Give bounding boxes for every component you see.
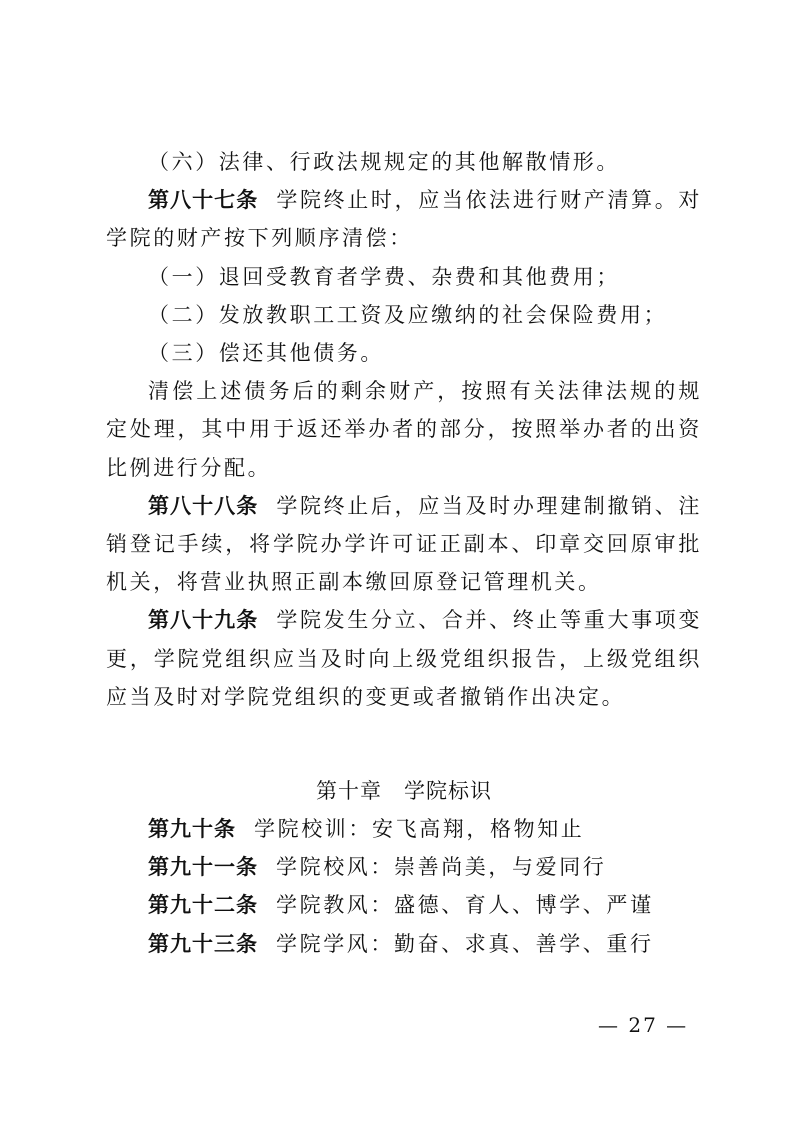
article-text: 学院校风：崇善尚美，与爱同行 — [276, 855, 606, 879]
list-item-6: （六）法律、行政法规规定的其他解散情形。 — [106, 143, 702, 181]
list-item-1: （一）退回受教育者学费、杂费和其他费用； — [106, 258, 702, 296]
article-label: 第九十二条 — [148, 893, 258, 917]
article-87: 第八十七条学院终止时，应当依法进行财产清算。对学院的财产按下列顺序清偿： — [106, 181, 702, 257]
article-label: 第八十八条 — [148, 494, 258, 518]
article-text: 学院学风：勤奋、求真、善学、重行 — [276, 932, 654, 956]
article-label: 第九十条 — [148, 817, 236, 841]
article-text: 学院校训：安飞高翔，格物知止 — [254, 817, 584, 841]
article-label: 第八十七条 — [148, 188, 258, 212]
article-text: 学院教风：盛德、育人、博学、严谨 — [276, 893, 654, 917]
chapter-number: 第十章 — [316, 779, 382, 803]
article-88: 第八十八条学院终止后，应当及时办理建制撤销、注销登记手续，将学院办学许可证正副本… — [106, 487, 702, 602]
chapter-heading: 第十章学院标识 — [106, 772, 702, 810]
article-label: 第八十九条 — [148, 608, 258, 632]
article-91: 第九十一条学院校风：崇善尚美，与爱同行 — [106, 848, 702, 886]
article-label: 第九十三条 — [148, 932, 258, 956]
chapter-title: 学院标识 — [404, 779, 492, 803]
article-93: 第九十三条学院学风：勤奋、求真、善学、重行 — [106, 925, 702, 963]
list-item-2: （二）发放教职工工资及应缴纳的社会保险费用； — [106, 296, 702, 334]
page-number: — 27 — — [598, 1013, 688, 1037]
paragraph-remaining-assets: 清偿上述债务后的剩余财产，按照有关法律法规的规定处理，其中用于返还举办者的部分，… — [106, 372, 702, 487]
list-item-3: （三）偿还其他债务。 — [106, 334, 702, 372]
article-label: 第九十一条 — [148, 855, 258, 879]
document-page: （六）法律、行政法规规定的其他解散情形。 第八十七条学院终止时，应当依法进行财产… — [106, 143, 702, 963]
article-89: 第八十九条学院发生分立、合并、终止等重大事项变更，学院党组织应当及时向上级党组织… — [106, 601, 702, 716]
article-90: 第九十条学院校训：安飞高翔，格物知止 — [106, 810, 702, 848]
article-92: 第九十二条学院教风：盛德、育人、博学、严谨 — [106, 886, 702, 924]
